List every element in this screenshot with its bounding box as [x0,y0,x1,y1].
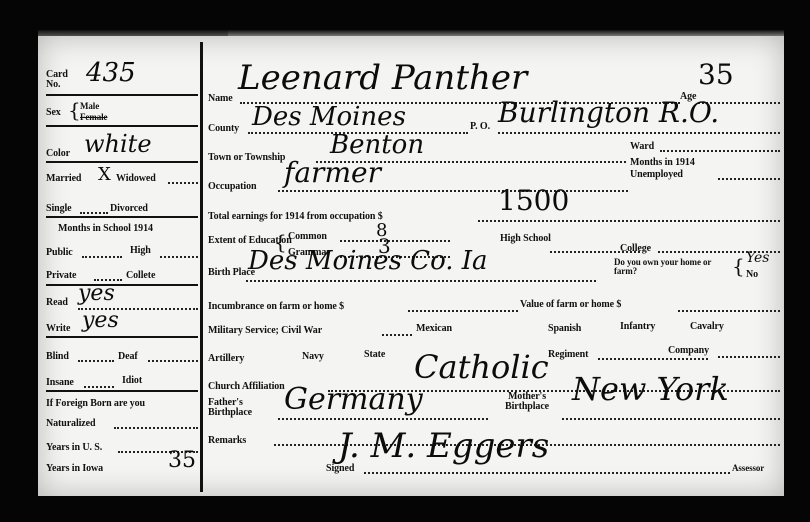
dots [678,310,780,312]
dots [246,280,596,282]
spanish-label: Spanish [548,324,581,334]
dots [562,418,780,420]
navy-label: Navy [302,352,324,362]
school-header: Months in School 1914 [58,224,153,234]
infantry-label: Infantry [620,322,655,332]
single-label: Single [46,204,72,214]
years-iowa-value: 35 [168,448,196,473]
write-label: Write [46,324,70,334]
assessor-label: Assessor [732,464,764,473]
deaf-label: Deaf [118,352,138,362]
artillery-label: Artillery [208,354,244,364]
dots [718,178,780,180]
dots [82,256,122,258]
birth-place-value: Des Moines Co. Ia [248,246,488,276]
dots [718,356,780,358]
divorced-label: Divorced [110,204,148,214]
private-label: Private [46,271,76,281]
dots [498,132,780,134]
po-label: P. O. [470,122,490,132]
dots [364,472,730,474]
color-label: Color [46,149,70,159]
dots [80,212,108,214]
idiot-label: Idiot [122,376,142,386]
read-label: Read [46,298,68,308]
dots [382,334,412,336]
rule [46,94,198,96]
military-label: Military Service; Civil War [208,326,322,336]
dots [148,360,198,362]
church-label: Church Affiliation [208,382,285,392]
dots [278,418,488,420]
dots [114,427,198,429]
college-left-label: Collete [126,271,155,281]
rule [46,390,198,392]
color-value: white [84,130,152,158]
county-label: County [208,124,239,134]
company-label: Company [668,346,709,356]
rule [46,336,198,338]
mexican-label: Mexican [416,324,452,334]
earnings-value: 1500 [498,184,569,217]
earnings-label: Total earnings for 1914 from occupation … [208,212,383,222]
years-iowa-label: Years in Iowa [46,464,103,474]
rule [46,216,198,218]
blind-label: Blind [46,352,69,362]
occupation-value: farmer [284,156,381,189]
father-birthplace-value: Germany [284,382,423,417]
column-divider [200,42,203,492]
cavalry-label: Cavalry [690,322,724,332]
common-label: Common [288,232,327,242]
write-value: yes [82,308,119,333]
years-us-label: Years in U. S. [46,443,102,453]
card-no-label: CardNo. [46,70,68,90]
church-value: Catholic [414,348,549,386]
county-value: Des Moines [252,102,406,132]
ward-label: Ward [630,142,654,152]
months-1914-label: Months in 1914 [630,158,695,168]
unemployed-label: Unemployed [630,170,683,180]
age-value: 35 [698,58,734,91]
value-label: Value of farm or home $ [520,300,621,310]
own-no: No [746,270,758,280]
high-school-label: High School [500,234,551,244]
dots [408,310,518,312]
incumbrance-label: Incumbrance on farm or home $ [208,302,344,312]
rule [46,284,198,286]
read-value: yes [78,281,115,306]
foreign-born-label: If Foreign Born are you [46,399,145,409]
dots [160,256,198,258]
insane-label: Insane [46,378,74,388]
sex-male: Male [80,102,99,111]
dots [168,182,198,184]
own-yes: Yes [746,250,770,266]
sex-label: Sex [46,108,61,118]
occupation-label: Occupation [208,182,256,192]
brace: { [68,100,81,120]
college-label: College [620,244,651,254]
mother-birthplace-value: New York [572,370,729,408]
dots [340,240,450,242]
card-no-value: 435 [86,58,136,88]
own-home-label: Do you own your home or farm? [614,258,724,276]
name-value: Leenard Panther [238,58,527,98]
public-label: Public [46,248,73,258]
high-label: High [130,246,151,256]
dots [478,220,780,222]
dots [78,360,114,362]
dots [598,358,708,360]
brace: { [732,256,745,276]
dots [84,386,114,388]
signed-value: J. M. Eggers [338,426,549,466]
mother-birthplace-label: Mother's Birthplace [492,392,562,412]
dots [278,190,628,192]
name-label: Name [208,94,233,104]
rule [46,125,198,127]
married-label: Married [46,174,81,184]
town-label: Town or Township [208,153,285,163]
remarks-label: Remarks [208,436,246,446]
po-value: Burlington R.O. [498,96,719,129]
rule [46,161,198,163]
father-birthplace-label: Father's Birthplace [208,398,278,418]
sex-female-struck: Female [80,113,107,122]
census-card: CardNo. 435 Sex { Male Female Color whit… [38,36,784,496]
dots [660,150,780,152]
widowed-label: Widowed [116,174,156,184]
married-mark: X [98,164,111,185]
regiment-label: Regiment [548,350,588,360]
naturalized-label: Naturalized [46,419,95,429]
state-label: State [364,350,385,360]
